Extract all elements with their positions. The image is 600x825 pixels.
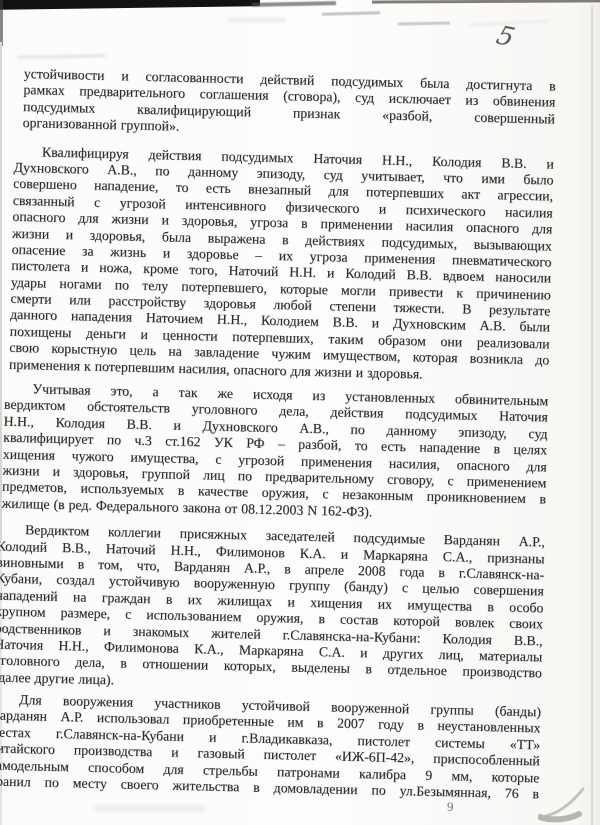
printed-page-number: 9 [447, 799, 454, 815]
scan-artifact-dash [398, 22, 450, 26]
scan-smudge [18, 54, 106, 59]
pen-mark-icon [538, 786, 598, 825]
document-text: устойчивости и согласованности действий … [7, 66, 556, 803]
paragraph: Квалифицируя действия подсудимых Наточия… [9, 143, 554, 385]
paragraph: Вердиктом коллегии присяжных заседателей… [0, 522, 545, 699]
scan-smudge [228, 18, 286, 22]
handwritten-page-number: 5 [493, 21, 519, 53]
scan-top-edge-line [372, 0, 600, 4]
scan-artifact-dash [322, 11, 380, 16]
scan-top-black-band [0, 0, 260, 10]
scanned-document-page: 5 устойчивости и согласованности действи… [0, 0, 600, 825]
scan-smudge [95, 805, 205, 812]
paper-right-edge [591, 6, 593, 825]
scan-top-band-fade [252, 1, 336, 7]
scan-left-edge-dark [0, 0, 3, 46]
paragraph: Для вооружения участников устойчивой воо… [0, 691, 541, 802]
paragraph: Учитывая это, а так же исходя из установ… [1, 381, 548, 525]
paragraph: устойчивости и согласованности действий … [22, 66, 555, 144]
